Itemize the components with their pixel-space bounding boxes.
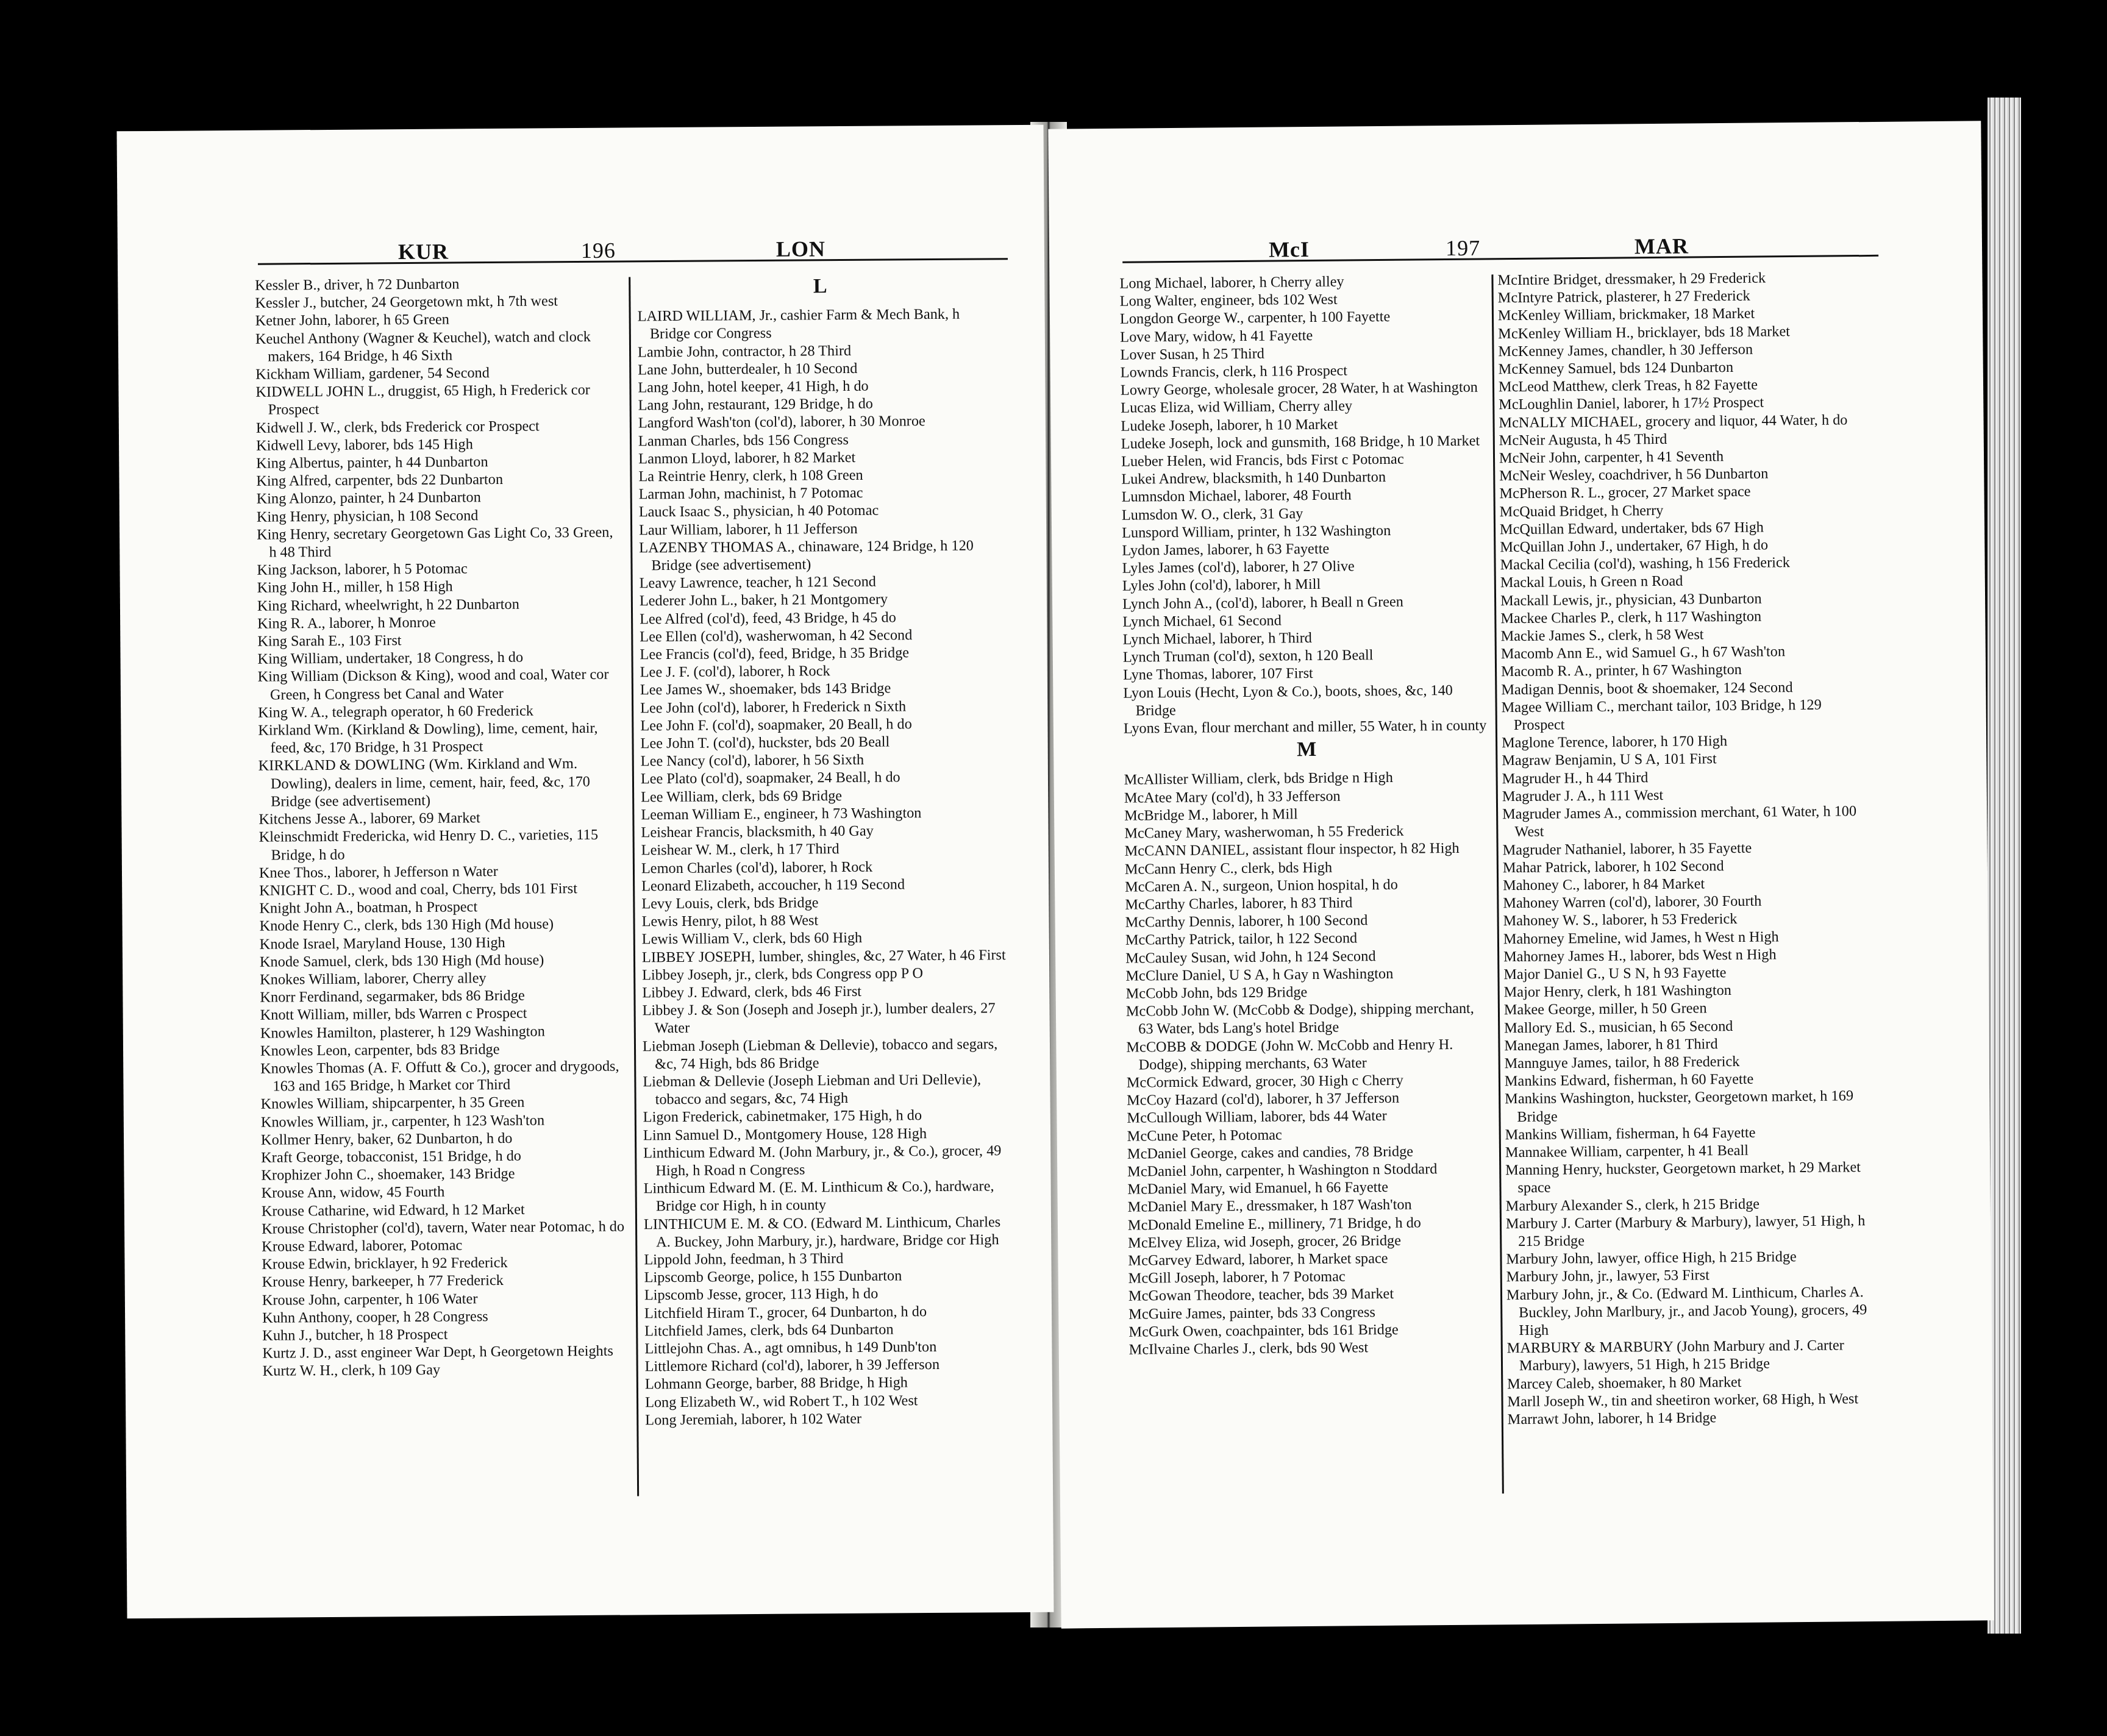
directory-entry: Krouse Catharine, wid Edward, h 12 Marke… bbox=[262, 1200, 627, 1220]
directory-entry: Leonard Elizabeth, accoucher, h 119 Seco… bbox=[641, 875, 1007, 895]
header-rule bbox=[258, 258, 1008, 265]
directory-entry: Lanman Charles, bds 156 Congress bbox=[638, 430, 1004, 450]
directory-entry: Lemon Charles (col'd), laborer, h Rock bbox=[641, 857, 1007, 877]
directory-entry: Lambie John, contractor, h 28 Third bbox=[638, 341, 1004, 361]
directory-entry: Lee John T. (col'd), huckster, bds 20 Be… bbox=[640, 732, 1006, 752]
directory-entry: Marbury John, jr., & Co. (Edward M. Lint… bbox=[1506, 1283, 1873, 1340]
directory-entry: Leishear W. M., clerk, h 17 Third bbox=[641, 839, 1007, 859]
directory-entry: King R. A., laborer, h Monroe bbox=[257, 612, 623, 632]
directory-entry: Krouse John, carpenter, h 106 Water bbox=[262, 1289, 628, 1309]
directory-entry: Knode Israel, Maryland House, 130 High bbox=[260, 933, 626, 953]
directory-entry: Kessler B., driver, h 72 Dunbarton bbox=[255, 274, 621, 294]
directory-entry: KNIGHT C. D., wood and coal, Cherry, bds… bbox=[259, 879, 625, 899]
page-edges bbox=[1988, 98, 2021, 1634]
directory-entry: Liebman & Dellevie (Joseph Liebman and U… bbox=[643, 1070, 1008, 1109]
directory-entry: Ludeke Joseph, lock and gunsmith, 168 Br… bbox=[1121, 432, 1487, 452]
directory-entry: King Jackson, laborer, h 5 Potomac bbox=[257, 559, 622, 579]
directory-entry: MARBURY & MARBURY (John Marbury and J. C… bbox=[1507, 1336, 1873, 1375]
directory-entry: Leeman William E., engineer, h 73 Washin… bbox=[641, 803, 1007, 824]
directory-entry: Kickham William, gardener, 54 Second bbox=[255, 363, 621, 383]
directory-entry: Laur William, laborer, h 11 Jefferson bbox=[639, 519, 1005, 539]
directory-entry: Lee Francis (col'd), feed, Bridge, h 35 … bbox=[640, 643, 1005, 663]
directory-entry: Kitchens Jesse A., laborer, 69 Market bbox=[258, 808, 624, 828]
directory-entry: Linthicum Edward M. (E. M. Linthicum & C… bbox=[644, 1177, 1010, 1215]
directory-entry: Knorr Ferdinand, segarmaker, bds 86 Brid… bbox=[260, 986, 626, 1006]
directory-entry: Magruder James A., commission merchant, … bbox=[1502, 802, 1868, 841]
directory-entry: Littlemore Richard (col'd), laborer, h 3… bbox=[645, 1355, 1011, 1375]
directory-entry: Lewis William V., clerk, bds 60 High bbox=[642, 928, 1008, 948]
header-right-guide: LON bbox=[776, 236, 825, 262]
directory-entry: Krouse Henry, barkeeper, h 77 Frederick bbox=[262, 1271, 628, 1291]
directory-entry: Krouse Ann, widow, 45 Fourth bbox=[262, 1182, 627, 1202]
header-left-guide: McI bbox=[1269, 237, 1310, 263]
directory-entry: King W. A., telegraph operator, h 60 Fre… bbox=[258, 701, 624, 721]
column-1: Long Michael, laborer, h Cherry alleyLon… bbox=[1119, 271, 1494, 1358]
directory-entry: King Henry, secretary Georgetown Gas Lig… bbox=[257, 523, 622, 561]
directory-entry: Liebman Joseph (Liebman & Dellevie), tob… bbox=[643, 1035, 1008, 1073]
directory-entry: Linthicum Edward M. (John Marbury, jr., … bbox=[643, 1142, 1009, 1180]
directory-entry: McNALLY MICHAEL, grocery and liquor, 44 … bbox=[1499, 411, 1864, 432]
left-page: KUR 196 LON Kessler B., driver, h 72 Dun… bbox=[117, 125, 1054, 1619]
directory-entry: Long Elizabeth W., wid Robert T., h 102 … bbox=[645, 1391, 1011, 1411]
directory-entry: Ketner John, laborer, h 65 Green bbox=[255, 310, 621, 330]
directory-entry: King Henry, physician, h 108 Second bbox=[257, 505, 622, 525]
directory-entry: Kessler J., butcher, 24 Georgetown mkt, … bbox=[255, 292, 621, 312]
directory-entry: Knowles Thomas (A. F. Offutt & Co.), gro… bbox=[260, 1057, 626, 1095]
directory-entry: Knokes William, laborer, Cherry alley bbox=[260, 968, 626, 988]
directory-entry: Libbey Joseph, jr., clerk, bds Congress … bbox=[642, 964, 1008, 984]
directory-entry: Lederer John L., baker, h 21 Montgomery bbox=[640, 590, 1005, 610]
directory-entry: Lee Nancy (col'd), laborer, h 56 Sixth bbox=[641, 750, 1007, 770]
directory-entry: McCANN DANIEL, assistant flour inspector… bbox=[1125, 839, 1491, 860]
column-divider bbox=[629, 277, 639, 1496]
directory-entry: King William (Dickson & King), wood and … bbox=[258, 666, 624, 704]
directory-entry: McIlvaine Charles J., clerk, bds 90 West bbox=[1129, 1337, 1495, 1358]
directory-entry: Leavy Lawrence, teacher, h 121 Second bbox=[640, 572, 1005, 592]
directory-entry: Kurtz J. D., asst engineer War Dept, h G… bbox=[262, 1342, 628, 1362]
column-2: L LAIRD WILLIAM, Jr., cashier Farm & Mec… bbox=[637, 271, 1011, 1429]
header-left-guide: KUR bbox=[398, 239, 449, 265]
directory-entry: Libbey J. & Son (Joseph and Joseph jr.),… bbox=[642, 999, 1008, 1037]
directory-entry: Manning Henry, huckster, Georgetown mark… bbox=[1505, 1158, 1871, 1197]
directory-entry: Kidwell Levy, laborer, bds 145 High bbox=[256, 434, 622, 454]
directory-entry: Kleinschmidt Fredericka, wid Henry D. C.… bbox=[258, 826, 624, 864]
directory-entry: LAIRD WILLIAM, Jr., cashier Farm & Mech … bbox=[638, 305, 1004, 343]
directory-entry: Knowles William, jr., carpenter, h 123 W… bbox=[261, 1111, 627, 1131]
directory-entry: Lewis Henry, pilot, h 88 West bbox=[641, 910, 1007, 930]
directory-entry: LIBBEY JOSEPH, lumber, shingles, &c, 27 … bbox=[642, 946, 1008, 966]
directory-entry: Lee William, clerk, bds 69 Bridge bbox=[641, 786, 1007, 806]
directory-entry: Kollmer Henry, baker, 62 Dunbarton, h do bbox=[261, 1128, 627, 1148]
directory-entry: Knode Henry C., clerk, bds 130 High (Md … bbox=[260, 915, 626, 935]
directory-entry: Lyons Evan, flour merchant and miller, 5… bbox=[1124, 717, 1489, 738]
directory-entry: Marll Joseph W., tin and sheetiron worke… bbox=[1507, 1390, 1873, 1410]
directory-entry: Kuhn Anthony, cooper, h 28 Congress bbox=[262, 1306, 628, 1326]
directory-entry: Litchfield James, clerk, bds 64 Dunbarto… bbox=[644, 1320, 1010, 1340]
directory-entry: Libbey J. Edward, clerk, bds 46 First bbox=[642, 981, 1008, 1001]
directory-entry: LINTHICUM E. M. & CO. (Edward M. Linthic… bbox=[644, 1213, 1010, 1251]
directory-entry: McCOBB & DODGE (John W. McCobb and Henry… bbox=[1126, 1035, 1492, 1074]
directory-entry: Knowles Hamilton, plasterer, h 129 Washi… bbox=[260, 1022, 626, 1042]
directory-entry: McCobb John W. (McCobb & Dodge), shippin… bbox=[1126, 1000, 1492, 1039]
directory-entry: KIRKLAND & DOWLING (Wm. Kirkland and Wm.… bbox=[258, 755, 625, 811]
directory-entry: Keuchel Anthony (Wagner & Keuchel), watc… bbox=[255, 327, 621, 366]
directory-entry: Linn Samuel D., Montgomery House, 128 Hi… bbox=[643, 1124, 1009, 1144]
directory-entry: Kuhn J., butcher, h 18 Prospect bbox=[262, 1325, 628, 1345]
directory-entry: Lee John F. (col'd), soapmaker, 20 Beall… bbox=[640, 714, 1006, 735]
directory-entry: King Alonzo, painter, h 24 Dunbarton bbox=[257, 488, 622, 508]
directory-entry: Krouse Christopher (col'd), tavern, Wate… bbox=[262, 1217, 627, 1237]
directory-entry: Lanmon Lloyd, laborer, h 82 Market bbox=[638, 447, 1004, 468]
directory-entry: Krouse Edward, laborer, Potomac bbox=[262, 1236, 627, 1256]
directory-entry: Kidwell J. W., clerk, bds Frederick cor … bbox=[256, 416, 622, 436]
directory-entry: Kurtz W. H., clerk, h 109 Gay bbox=[263, 1360, 629, 1380]
directory-entry: Marbury J. Carter (Marbury & Marbury), l… bbox=[1506, 1212, 1872, 1251]
header-right-guide: MAR bbox=[1635, 233, 1689, 260]
section-letter: L bbox=[637, 276, 1003, 296]
directory-entry: LAZENBY THOMAS A., chinaware, 124 Bridge… bbox=[639, 536, 1005, 575]
directory-entry: Lipscomb Jesse, grocer, 113 High, h do bbox=[644, 1284, 1010, 1304]
directory-entry: Lippold John, feedman, h 3 Third bbox=[644, 1248, 1010, 1268]
directory-entry: Kirkland Wm. (Kirkland & Dowling), lime,… bbox=[258, 719, 624, 758]
directory-entry: Lee John (col'd), laborer, h Frederick n… bbox=[640, 697, 1006, 717]
directory-entry: Krouse Edwin, bricklayer, h 92 Frederick bbox=[262, 1253, 627, 1273]
directory-entry: Littlejohn Chas. A., agt omnibus, h 149 … bbox=[644, 1337, 1010, 1357]
page-number: 196 bbox=[581, 238, 616, 263]
directory-entry: Knott William, miller, bds Warren c Pros… bbox=[260, 1004, 626, 1024]
directory-entry: Leishear Francis, blacksmith, h 40 Gay bbox=[641, 821, 1007, 841]
directory-entry: Lang John, hotel keeper, 41 High, h do bbox=[638, 376, 1004, 396]
directory-entry: King Albertus, painter, h 44 Dunbarton bbox=[256, 452, 622, 472]
directory-entry: Knode Samuel, clerk, bds 130 High (Md ho… bbox=[260, 950, 626, 970]
directory-entry: King Sarah E., 103 First bbox=[257, 630, 623, 650]
directory-entry: King William, undertaker, 18 Congress, h… bbox=[257, 648, 623, 668]
right-page: McI 197 MAR Long Michael, laborer, h Che… bbox=[1048, 121, 1994, 1628]
directory-entry: Knee Thos., laborer, h Jefferson n Water bbox=[259, 861, 625, 881]
section-letter: M bbox=[1124, 739, 1489, 760]
directory-entry: Lee Ellen (col'd), washerwoman, h 42 Sec… bbox=[640, 625, 1005, 646]
directory-entry: KIDWELL JOHN L., druggist, 65 High, h Fr… bbox=[255, 381, 621, 419]
directory-entry: Lyon Louis (Hecht, Lyon & Co.), boots, s… bbox=[1123, 681, 1489, 720]
directory-entry: Magee William C., merchant tailor, 103 B… bbox=[1501, 695, 1867, 735]
directory-entry: Knowles William, shipcarpenter, h 35 Gre… bbox=[261, 1093, 627, 1113]
directory-entry: Long Jeremiah, laborer, h 102 Water bbox=[645, 1409, 1011, 1429]
directory-entry: King Alfred, carpenter, bds 22 Dunbarton bbox=[256, 470, 622, 490]
directory-entry: Kraft George, tobacconist, 151 Bridge, h… bbox=[261, 1146, 627, 1166]
directory-entry: Mankins Washington, huckster, Georgetown… bbox=[1505, 1087, 1870, 1126]
directory-entry: Lane John, butterdealer, h 10 Second bbox=[638, 358, 1004, 379]
directory-entry: Lohmann George, barber, 88 Bridge, h Hig… bbox=[645, 1373, 1011, 1393]
directory-entry: Knowles Leon, carpenter, bds 83 Bridge bbox=[260, 1039, 626, 1059]
directory-entry: Lee Plato (col'd), soapmaker, 24 Beall, … bbox=[641, 768, 1007, 788]
column-1: Kessler B., driver, h 72 DunbartonKessle… bbox=[255, 274, 629, 1381]
directory-entry: Langford Wash'ton (col'd), laborer, h 30… bbox=[638, 412, 1004, 432]
directory-entry: Levy Louis, clerk, bds Bridge bbox=[641, 892, 1007, 912]
directory-entry: Marrawt John, laborer, h 14 Bridge bbox=[1508, 1407, 1873, 1428]
directory-entry: Lee James W., shoemaker, bds 143 Bridge bbox=[640, 679, 1006, 699]
directory-entry: Lowry George, wholesale grocer, 28 Water… bbox=[1121, 379, 1486, 399]
directory-entry: King John H., miller, h 158 High bbox=[257, 577, 623, 597]
directory-entry: Larman John, machinist, h 7 Potomac bbox=[639, 483, 1005, 503]
header-rule bbox=[1122, 255, 1878, 263]
directory-entry: King Richard, wheelwright, h 22 Dunbarto… bbox=[257, 594, 623, 614]
directory-entry: Krophizer John C., shoemaker, 143 Bridge bbox=[261, 1164, 627, 1184]
directory-entry: Lee Alfred (col'd), feed, 43 Bridge, h 4… bbox=[640, 608, 1005, 628]
column-2: McIntire Bridget, dressmaker, h 29 Frede… bbox=[1497, 268, 1873, 1428]
directory-entry: Lang John, restaurant, 129 Bridge, h do bbox=[638, 394, 1004, 414]
directory-entry: La Reintrie Henry, clerk, h 108 Green bbox=[638, 465, 1004, 485]
directory-entry: Lee J. F. (col'd), laborer, h Rock bbox=[640, 661, 1006, 681]
directory-entry: Knight John A., boatman, h Prospect bbox=[259, 897, 625, 917]
directory-entry: Litchfield Hiram T., grocer, 64 Dunbarto… bbox=[644, 1302, 1010, 1322]
directory-entry: Lauck Isaac S., physician, h 40 Potomac bbox=[639, 501, 1005, 521]
directory-entry: Ligon Frederick, cabinetmaker, 175 High,… bbox=[643, 1106, 1009, 1126]
directory-entry: Lipscomb George, police, h 155 Dunbarton bbox=[644, 1266, 1010, 1286]
page-number: 197 bbox=[1446, 235, 1480, 261]
